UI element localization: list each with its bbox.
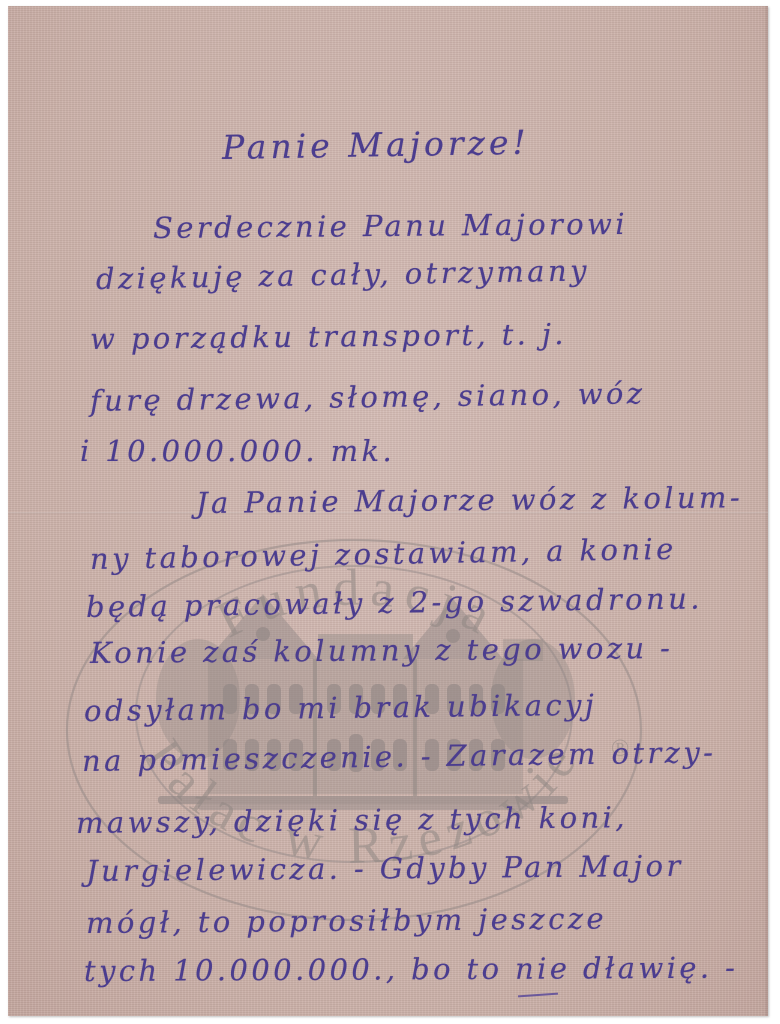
- letter-line: dziękuję za cały, otrzymany: [96, 253, 590, 296]
- letter-line: ny taborowej zostawiam, a konie: [90, 532, 677, 576]
- letter-line: mawszy, dzięki się z tych koni,: [76, 800, 628, 840]
- letter-line: na pomieszczenie. - Zarazem otrzy-: [82, 735, 717, 778]
- letter-line: w porządku transport, t. j.: [90, 317, 567, 356]
- letter-salutation: Panie Majorze!: [222, 123, 530, 167]
- letter-line: furę drzewa, słomę, siano, wóz: [90, 376, 646, 418]
- letter-line: i 10.000.000. mk.: [80, 434, 395, 468]
- letter-line: Ja Panie Majorze wóz z kolum-: [196, 480, 743, 520]
- letter-line: mógł, to poprosiłbym jeszcze: [86, 901, 607, 940]
- letter-body: Panie Majorze! Serdecznie Panu Majorowi …: [8, 6, 768, 1016]
- letter-line: Jurgielewicza. - Gdyby Pan Major: [86, 849, 684, 888]
- underline-stroke: [518, 993, 558, 998]
- letter-line: odsyłam bo mi brak ubikacyj: [84, 688, 598, 728]
- letter-line: będą pracowały z 2-go szwadronu.: [86, 581, 703, 624]
- letter-line: tych 10.000.000., bo to nie dławię. -: [84, 951, 738, 988]
- letter-line: Serdecznie Panu Majorowi: [153, 207, 628, 245]
- letter-paper: Fundacja Pałac w Rzezowie ® Panie Majorz…: [8, 6, 768, 1016]
- letter-line: Konie zaś kolumny z tego wozu -: [90, 631, 674, 670]
